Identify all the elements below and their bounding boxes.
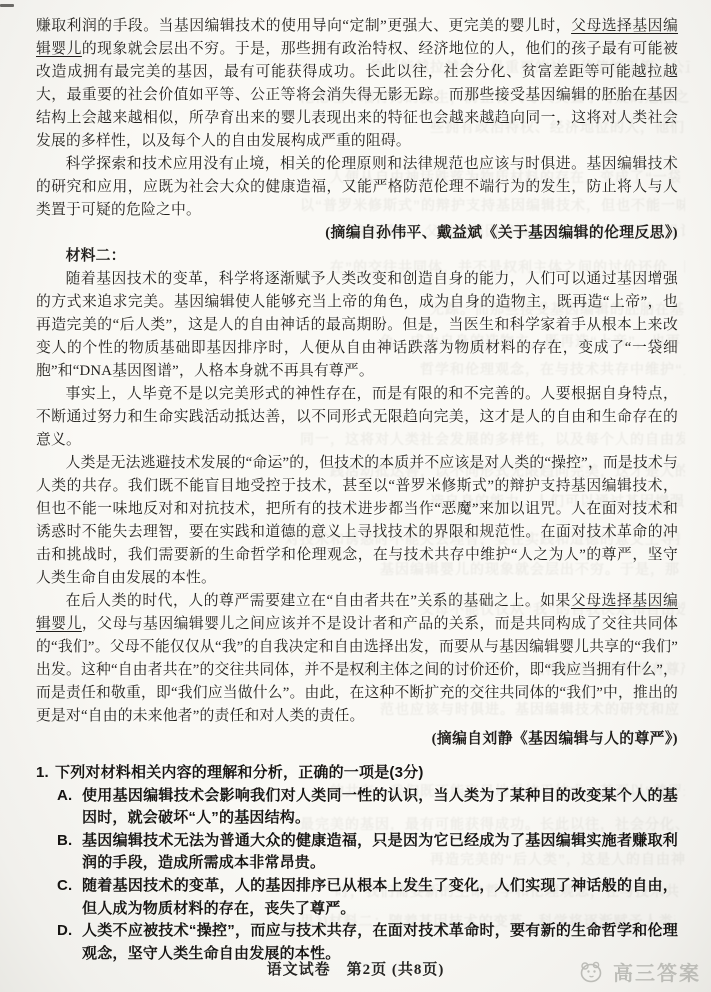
question-1: 1. 下列对材料相关内容的理解和分析，正确的一项是(3分) A.使用基因编辑技术… <box>36 762 678 965</box>
footer-text: 语文试卷 第2页 (共8页) <box>267 962 445 978</box>
source-citation: (摘编自刘静《基因编辑与人的尊严》) <box>36 728 678 751</box>
option-text: 随着基因技术的变革，人的基因排序已从根本上发生了变化，人们实现了神话般的自由，但… <box>82 875 678 920</box>
option-label: C. <box>57 875 82 920</box>
passage-material: 赚取利润的手段。当基因编辑技术的使用导向“定制”更强大、更完美的婴儿时，父母选择… <box>36 15 678 751</box>
option-B: B.基因编辑技术无法为普通大众的健康造福，只是因为它已经成为了基因编辑实施者赚取… <box>57 830 678 875</box>
text-segment: 在后人类的时代，人的尊严需要建立在“自由者共在”关系的基础之上。如果 <box>66 593 571 609</box>
passage-paragraph: 人类是无法逃避技术发展的“命运”的，但技术的本质并不应该是对人类的“操控”，而是… <box>36 452 678 590</box>
option-text: 使用基因编辑技术会影响我们对人类同一性的认识，当人类为了某种目的改变某个人的基因… <box>82 785 678 830</box>
text-segment: 人类是无法逃避技术发展的“命运”的，但技术的本质并不应该是对人类的“操控”，而是… <box>36 455 678 586</box>
watermark: 高三答案 <box>578 957 701 986</box>
source-citation: (摘编自孙伟平、戴益斌《关于基因编辑的伦理反思》) <box>36 222 678 245</box>
passage-paragraph: 随着基因技术的变革，科学将逐渐赋予人类改变和创造自身的能力，人们可以通过基因增强… <box>36 268 678 383</box>
watermark-text: 高三答案 <box>613 957 701 986</box>
option-label: A. <box>57 785 82 830</box>
question-stem-text: 下列对材料相关内容的理解和分析，正确的一项是(3分) <box>55 762 678 785</box>
page-content: 赚取利润的手段。当基因编辑技术的使用导向“定制”更强大、更完美的婴儿时，父母选择… <box>36 15 678 965</box>
text-segment: 科学探索和技术应用没有止境，相关的伦理原则和法律规范也应该与时俱进。基因编辑技术… <box>36 156 678 218</box>
text-segment: 赚取利润的手段。当基因编辑技术的使用导向“定制”更强大、更完美的婴儿时， <box>36 18 571 34</box>
text-segment: (摘编自刘静《基因编辑与人的尊严》) <box>432 731 678 747</box>
text-segment: ，父母与基因编辑婴儿之间应该并不是设计者和产品的关系，而是共同构成了交往共同体的… <box>36 616 678 724</box>
material-heading: 材料二： <box>36 245 678 268</box>
exam-scan-page: 等可能越拉越大，最重要的社会价值如平等、公正等将会消失得无影无踪。而范伦理不端行… <box>0 0 711 992</box>
option-label: B. <box>57 830 82 875</box>
option-C: C.随着基因技术的变革，人的基因排序已从根本上发生了变化，人们实现了神话般的自由… <box>57 875 678 920</box>
scan-artifact-mark <box>0 4 14 7</box>
passage-paragraph: 赚取利润的手段。当基因编辑技术的使用导向“定制”更强大、更完美的婴儿时，父母选择… <box>36 15 678 153</box>
passage-paragraph: 在后人类的时代，人的尊严需要建立在“自由者共在”关系的基础之上。如果父母选择基因… <box>36 590 678 728</box>
option-text: 基因编辑技术无法为普通大众的健康造福，只是因为它已经成为了基因编辑实施者赚取利润… <box>82 830 678 875</box>
question-number: 1. <box>36 762 55 785</box>
options-list: A.使用基因编辑技术会影响我们对人类同一性的认识，当人类为了某种目的改变某个人的… <box>57 785 678 966</box>
text-segment: 材料二： <box>66 248 126 264</box>
text-segment: 事实上，人毕竟不是以完美形式的神性存在，而是有限的和不完善的。人要根据自身特点，… <box>36 386 678 448</box>
option-A: A.使用基因编辑技术会影响我们对人类同一性的认识，当人类为了某种目的改变某个人的… <box>57 785 678 830</box>
text-segment: (摘编自孙伟平、戴益斌《关于基因编辑的伦理反思》) <box>325 225 678 241</box>
passage-paragraph: 科学探索和技术应用没有止境，相关的伦理原则和法律规范也应该与时俱进。基因编辑技术… <box>36 153 678 222</box>
passage-paragraph: 事实上，人毕竟不是以完美形式的神性存在，而是有限的和不完善的。人要根据自身特点，… <box>36 383 678 452</box>
text-segment: 的现象就会层出不穷。于是，那些拥有政治特权、经济地位的人，他们的孩子最有可能被改… <box>36 41 678 149</box>
question-stem: 1. 下列对材料相关内容的理解和分析，正确的一项是(3分) <box>36 762 678 785</box>
text-segment: 随着基因技术的变革，科学将逐渐赋予人类改变和创造自身的能力，人们可以通过基因增强… <box>36 271 678 379</box>
panda-logo-icon <box>578 959 608 985</box>
